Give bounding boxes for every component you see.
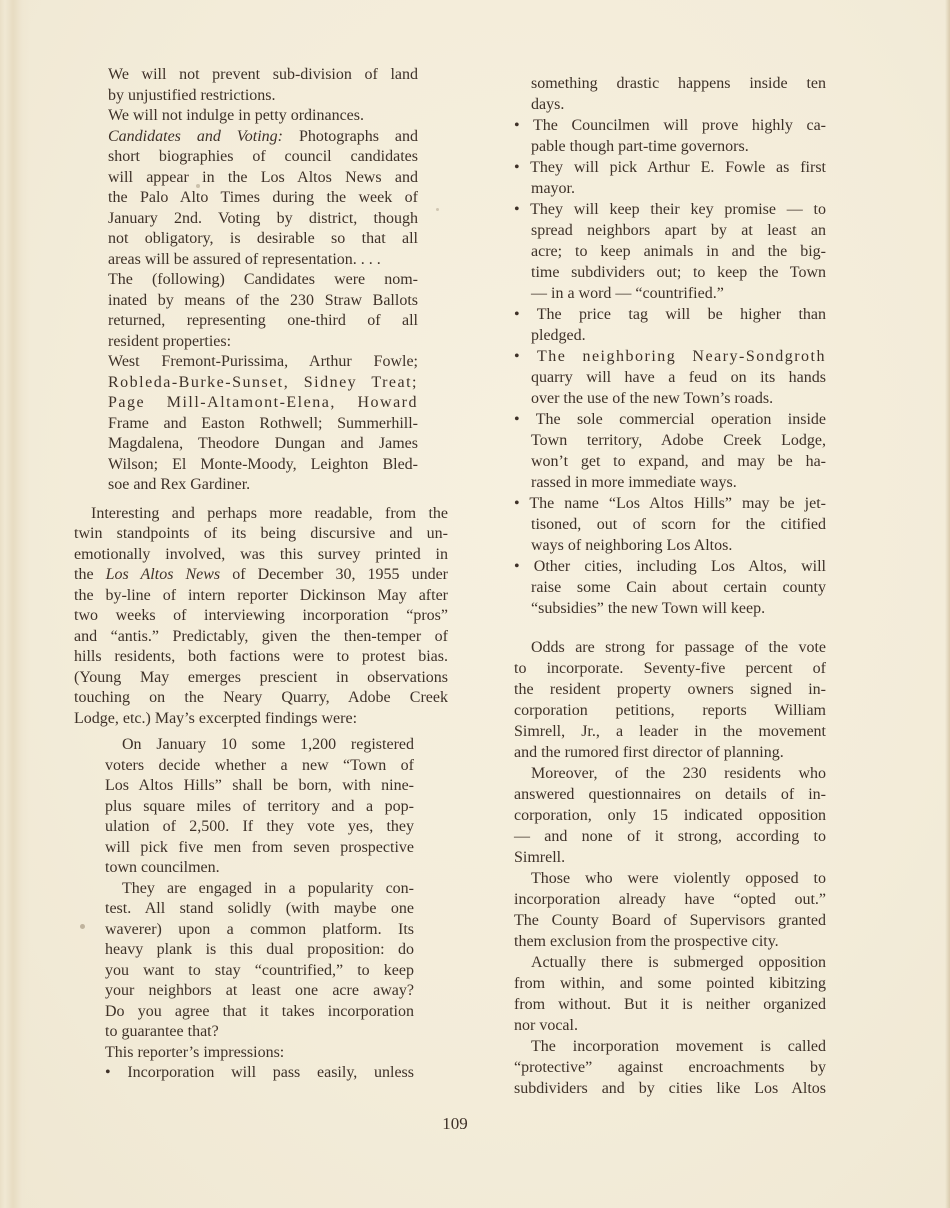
- text-line: them exclusion from the prospective city…: [514, 931, 826, 952]
- text-line: The County Board of Supervisors granted: [514, 910, 826, 931]
- quoted-platform-block: We will not prevent sub-division of land…: [108, 65, 418, 496]
- text-line: Candidates and Voting: Photographs and: [108, 127, 418, 148]
- text-line: subdividers and by cities like Los Altos: [514, 1078, 826, 1099]
- text-line: tisoned, out of scorn for the citified: [514, 514, 826, 535]
- text-line: will appear in the Los Altos News and: [108, 168, 418, 189]
- text-line: • The neighboring Neary-Sondgroth: [514, 346, 826, 367]
- text-line: Frame and Easton Rothwell; Summerhill-: [108, 414, 418, 435]
- text-line: will pick five men from seven prospectiv…: [105, 838, 414, 859]
- text-line: to incorporate. Seventy-five percent of: [514, 658, 826, 679]
- text-line: time subdividers out; to keep the Town: [514, 262, 826, 283]
- text-line: quarry will have a feud on its hands: [514, 367, 826, 388]
- text-line: We will not prevent sub-division of land: [108, 65, 418, 86]
- text-line: The (following) Candidates were nom-: [108, 270, 418, 291]
- text-line: • They will keep their key promise — to: [514, 199, 826, 220]
- text-line: won’t get to expand, and may be ha-: [514, 451, 826, 472]
- text-line: from within, and some pointed kibitzing: [514, 973, 826, 994]
- text-line: incorporation already have “opted out.”: [514, 889, 826, 910]
- text-line: (Young May emerges prescient in observat…: [74, 668, 448, 689]
- text-line: • Incorporation will pass easily, unless: [105, 1063, 414, 1084]
- right-column: something drastic happens inside tendays…: [514, 73, 826, 1099]
- text-line: soe and Rex Gardiner.: [108, 475, 418, 496]
- text-line: Wilson; El Monte-Moody, Leighton Bled-: [108, 455, 418, 476]
- text-line: Moreover, of the 230 residents who: [514, 763, 826, 784]
- text-line: Town territory, Adobe Creek Lodge,: [514, 430, 826, 451]
- text-line: • The sole commercial operation inside: [514, 409, 826, 430]
- paper-speck: [196, 184, 200, 188]
- survey-excerpt-block: On January 10 some 1,200 registeredvoter…: [105, 735, 414, 1084]
- book-page-scan: We will not prevent sub-division of land…: [0, 0, 950, 1208]
- text-line: resident properties:: [108, 332, 418, 353]
- page-right-edge: [945, 0, 950, 1208]
- text-line: town councilmen.: [105, 858, 414, 879]
- page-number: 109: [390, 1114, 520, 1134]
- text-line: We will not indulge in petty ordinances.: [108, 106, 418, 127]
- text-line: — in a word — “countrified.”: [514, 283, 826, 304]
- text-line: mayor.: [514, 178, 826, 199]
- text-line: voters decide whether a new “Town of: [105, 756, 414, 777]
- page-gutter-shadow: [0, 0, 30, 1208]
- text-line: over the use of the new Town’s roads.: [514, 388, 826, 409]
- closing-paragraphs: Odds are strong for passage of the votet…: [514, 637, 826, 1099]
- text-line: • The Councilmen will prove highly ca-: [514, 115, 826, 136]
- paper-speck: [80, 924, 85, 929]
- text-line: Simrell.: [514, 847, 826, 868]
- impressions-bullet-list: something drastic happens inside tendays…: [514, 73, 826, 619]
- text-line: answered questionnaires on details of in…: [514, 784, 826, 805]
- text-line: from without. But it is neither organize…: [514, 994, 826, 1015]
- text-line: “protective” against encroachments by: [514, 1057, 826, 1078]
- text-line: • Other cities, including Los Altos, wil…: [514, 556, 826, 577]
- text-line: areas will be assured of representation.…: [108, 250, 418, 271]
- text-line: nor vocal.: [514, 1015, 826, 1036]
- narrative-paragraph: Interesting and perhaps more readable, f…: [74, 504, 448, 730]
- text-line: West Fremont-Purissima, Arthur Fowle;: [108, 352, 418, 373]
- text-line: raise some Cain about certain county: [514, 577, 826, 598]
- text-line: Odds are strong for passage of the vote: [514, 637, 826, 658]
- text-line: ways of neighboring Los Altos.: [514, 535, 826, 556]
- text-line: pable though part-time governors.: [514, 136, 826, 157]
- text-line: you want to stay “countrified,” to keep: [105, 961, 414, 982]
- text-line: • They will pick Arthur E. Fowle as firs…: [514, 157, 826, 178]
- text-line: emotionally involved, was this survey pr…: [74, 545, 448, 566]
- text-line: waverer) upon a common platform. Its: [105, 920, 414, 941]
- text-line: plus square miles of territory and a pop…: [105, 797, 414, 818]
- text-line: Page Mill-Altamont-Elena, Howard: [108, 393, 418, 414]
- text-line: They are engaged in a popularity con-: [105, 879, 414, 900]
- text-line: Do you agree that it takes incorporation: [105, 1002, 414, 1023]
- text-line: your neighbors at least one acre away?: [105, 981, 414, 1002]
- left-column: We will not prevent sub-division of land…: [74, 65, 448, 1084]
- text-line: This reporter’s impressions:: [105, 1043, 414, 1064]
- text-line: • The name “Los Altos Hills” may be jet-: [514, 493, 826, 514]
- text-line: the Palo Alto Times during the week of: [108, 188, 418, 209]
- text-line: On January 10 some 1,200 registered: [105, 735, 414, 756]
- text-line: inated by means of the 230 Straw Ballots: [108, 291, 418, 312]
- text-line: by unjustified restrictions.: [108, 86, 418, 107]
- text-line: the resident property owners signed in-: [514, 679, 826, 700]
- text-line: two weeks of interviewing incorporation …: [74, 606, 448, 627]
- text-line: ulation of 2,500. If they vote yes, they: [105, 817, 414, 838]
- text-line: returned, representing one-third of all: [108, 311, 418, 332]
- text-line: The incorporation movement is called: [514, 1036, 826, 1057]
- text-line: something drastic happens inside ten: [514, 73, 826, 94]
- text-line: spread neighbors apart by at least an: [514, 220, 826, 241]
- text-line: heavy plank is this dual proposition: do: [105, 940, 414, 961]
- text-line: corporation petitions, reports William: [514, 700, 826, 721]
- text-line: January 2nd. Voting by district, though: [108, 209, 418, 230]
- text-line: and “antis.” Predictably, given the then…: [74, 627, 448, 648]
- paper-speck: [436, 208, 439, 211]
- text-line: Actually there is submerged opposition: [514, 952, 826, 973]
- text-line: corporation, only 15 indicated oppositio…: [514, 805, 826, 826]
- text-line: • The price tag will be higher than: [514, 304, 826, 325]
- text-line: Simrell, Jr., a leader in the movement: [514, 721, 826, 742]
- text-line: acre; to keep animals in and the big-: [514, 241, 826, 262]
- text-line: Robleda-Burke-Sunset, Sidney Treat;: [108, 373, 418, 394]
- text-line: Magdalena, Theodore Dungan and James: [108, 434, 418, 455]
- text-line: Los Altos Hills” shall be born, with nin…: [105, 776, 414, 797]
- text-line: not obligatory, is desirable so that all: [108, 229, 418, 250]
- text-line: rassed in more immediate ways.: [514, 472, 826, 493]
- text-line: days.: [514, 94, 826, 115]
- text-line: short biographies of council candidates: [108, 147, 418, 168]
- text-line: “subsidies” the new Town will keep.: [514, 598, 826, 619]
- text-line: twin standpoints of its being discursive…: [74, 524, 448, 545]
- text-line: pledged.: [514, 325, 826, 346]
- text-line: Those who were violently opposed to: [514, 868, 826, 889]
- text-line: — and none of it strong, according to: [514, 826, 826, 847]
- text-line: the by-line of intern reporter Dickinson…: [74, 586, 448, 607]
- text-line: test. All stand solidly (with maybe one: [105, 899, 414, 920]
- text-line: to guarantee that?: [105, 1022, 414, 1043]
- text-line: the Los Altos News of December 30, 1955 …: [74, 565, 448, 586]
- text-line: Lodge, etc.) May’s excerpted findings we…: [74, 709, 448, 730]
- text-line: Interesting and perhaps more readable, f…: [74, 504, 448, 525]
- text-line: and the rumored first director of planni…: [514, 742, 826, 763]
- text-line: hills residents, both factions were to p…: [74, 647, 448, 668]
- text-line: touching on the Neary Quarry, Adobe Cree…: [74, 688, 448, 709]
